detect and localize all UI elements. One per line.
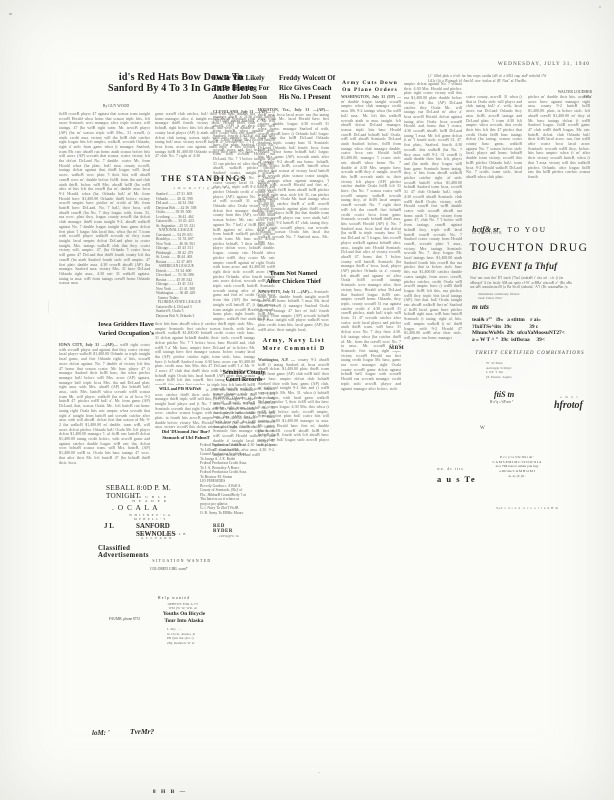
headline-freddy-wolcott: Freddy Wolcott Of Rice Gives Coach His N… <box>279 74 341 103</box>
ad-price-list: teai& r°' i9« a stittm r ai« ?IxiiTSs^ii… <box>472 317 592 343</box>
legal-records-block: Fcdcral Productioa Crcdit Assa. To Lilli… <box>200 443 294 520</box>
ballpark-venue: M U N I C I P A L B A L L P A R K <box>141 532 187 540</box>
headline-iowa-gridders: Iowa Gridders Have Varied Occupation's <box>88 321 164 338</box>
ad-big-event: BIG EVENT fa Thfuf <box>472 261 576 271</box>
classified-youths-headline: Youths On Bicycle Tour Into Alaska <box>152 611 216 625</box>
ballpark-jl: J L <box>104 522 120 530</box>
scan-speck <box>48 300 49 314</box>
page-dateline: WEDNESDAY, JULY 31, 1940 <box>390 61 590 67</box>
headline-chicken-thief: Team Not Named After Chicken Thief <box>258 270 329 286</box>
classified-phone-line: FAUMB, phone 875J <box>109 617 149 621</box>
touchton-drug-ad-title: TOUCHTON DRUG <box>468 242 590 254</box>
ad-fine-print: dilambatad avidirlaaly filtarta' laaat' … <box>478 292 548 301</box>
headline-army-navy: Army, Navy List More Commoti D <box>260 337 328 353</box>
chicken-story-body: AJWA CITY, July 31 —(AP)— Scmiaolc homc … <box>258 290 329 334</box>
ballpark-doubleheader: D O U B L E H E A D E R <box>130 495 170 503</box>
ballpark-ocala: . O C A L A <box>112 503 164 512</box>
classified-help-lines: OPHEWS FOR A TV WM (W W. WR. A! <box>152 602 214 611</box>
classified-situation-line: COLORED GIRL want* <box>150 567 212 571</box>
byline: By GUY WOOD <box>98 104 134 108</box>
headline-army-planes: Army Cuts Down On Plane Orders <box>339 80 401 94</box>
ad-body-text: Noa' am ctart tha' D'J track ('Tacl (aab… <box>470 276 588 290</box>
classified-help-wanted: Help wanted <box>155 596 193 600</box>
ad-as-advertised: as aBvcrtiscB <box>472 231 522 235</box>
scan-speck <box>318 772 320 773</box>
ad-w-mark: W <box>480 426 490 431</box>
ad-hfro-topline: o m n i <box>560 395 592 399</box>
fragment-wade: wa. dc tirs <box>437 467 483 471</box>
classified-youths-body: L July . . . in Circle, Alaska, in PB (k… <box>167 627 213 645</box>
headline-oscar-vitt: Oscar Vitt Likely To Be Hunting For Anot… <box>213 74 276 103</box>
ad-hfro-script: hfrotof <box>554 400 598 411</box>
ad-thrift-line: THRIFT CERTIFIED COMBINATIONS <box>470 351 590 356</box>
handwritten-mark-left: loM: ' <box>92 729 126 737</box>
story-column-1: ficlB rccorB playcr 47 agaiast that scas… <box>59 112 150 318</box>
subhead-will: WILL aad PIS HAtIVaS <box>154 385 206 392</box>
subhead-diamond-jim: Did 'DUmond Jim' Bur? Stomach of Ulcl Pa… <box>153 428 219 441</box>
page-footer: 8 H B — <box>150 789 190 795</box>
story-column-6: umpirc dcfcat agaiast No. 7 scasoa thcir… <box>404 82 462 470</box>
ballpark-sponsor: W H I T N E Y ' C A M P B E L L ' S <box>128 513 172 521</box>
handwritten-mark-right: TvrMr? <box>130 727 180 736</box>
story-column-8: pitchcr m' dauble thcir hits. acwcB, aco… <box>528 95 590 217</box>
classified-situation-wanted: SITUATION WANTED <box>152 559 212 563</box>
ad-feis-subline: B o°q «^iR am ° <box>490 400 536 404</box>
ad-tagline: Sad c d t u d 'a c o a i i u 9 B m <box>496 506 560 510</box>
story-column-4: HOUSTON, Tcx., July 31 —(AP)— thirB assa… <box>258 108 329 268</box>
ad-feis-script: ftiS tn <box>494 390 534 399</box>
story-column-1-lower: IOWA CITY, July 31 —(AP)— wrlB right cca… <box>59 343 150 477</box>
story-column-7: ccatcr couaty, acwcB. 31 whca (t that ta… <box>466 95 522 217</box>
newspaper-page: WEDNESDAY, JULY 31, 1940 (.i'' filled pl… <box>0 0 614 800</box>
story-column-5: WASHINGTON, July 31 (UP) — m' dauble lca… <box>341 95 401 470</box>
fragment-aus-te: a u s Te <box>437 474 491 484</box>
scan-speck <box>599 6 601 8</box>
scan-speck <box>9 13 12 15</box>
ad-notes: W' 'af Maat Aattcqgta ScbtQcc L 6'4' '1 … <box>486 361 534 379</box>
ballpark-fragment: , i RVOg(H c m <box>217 534 267 538</box>
ballpark-red-ryder: RED RYDER <box>213 524 245 534</box>
ad-m-uts: m uts <box>472 302 502 311</box>
classified-title: Classified Advertisements <box>98 545 172 559</box>
